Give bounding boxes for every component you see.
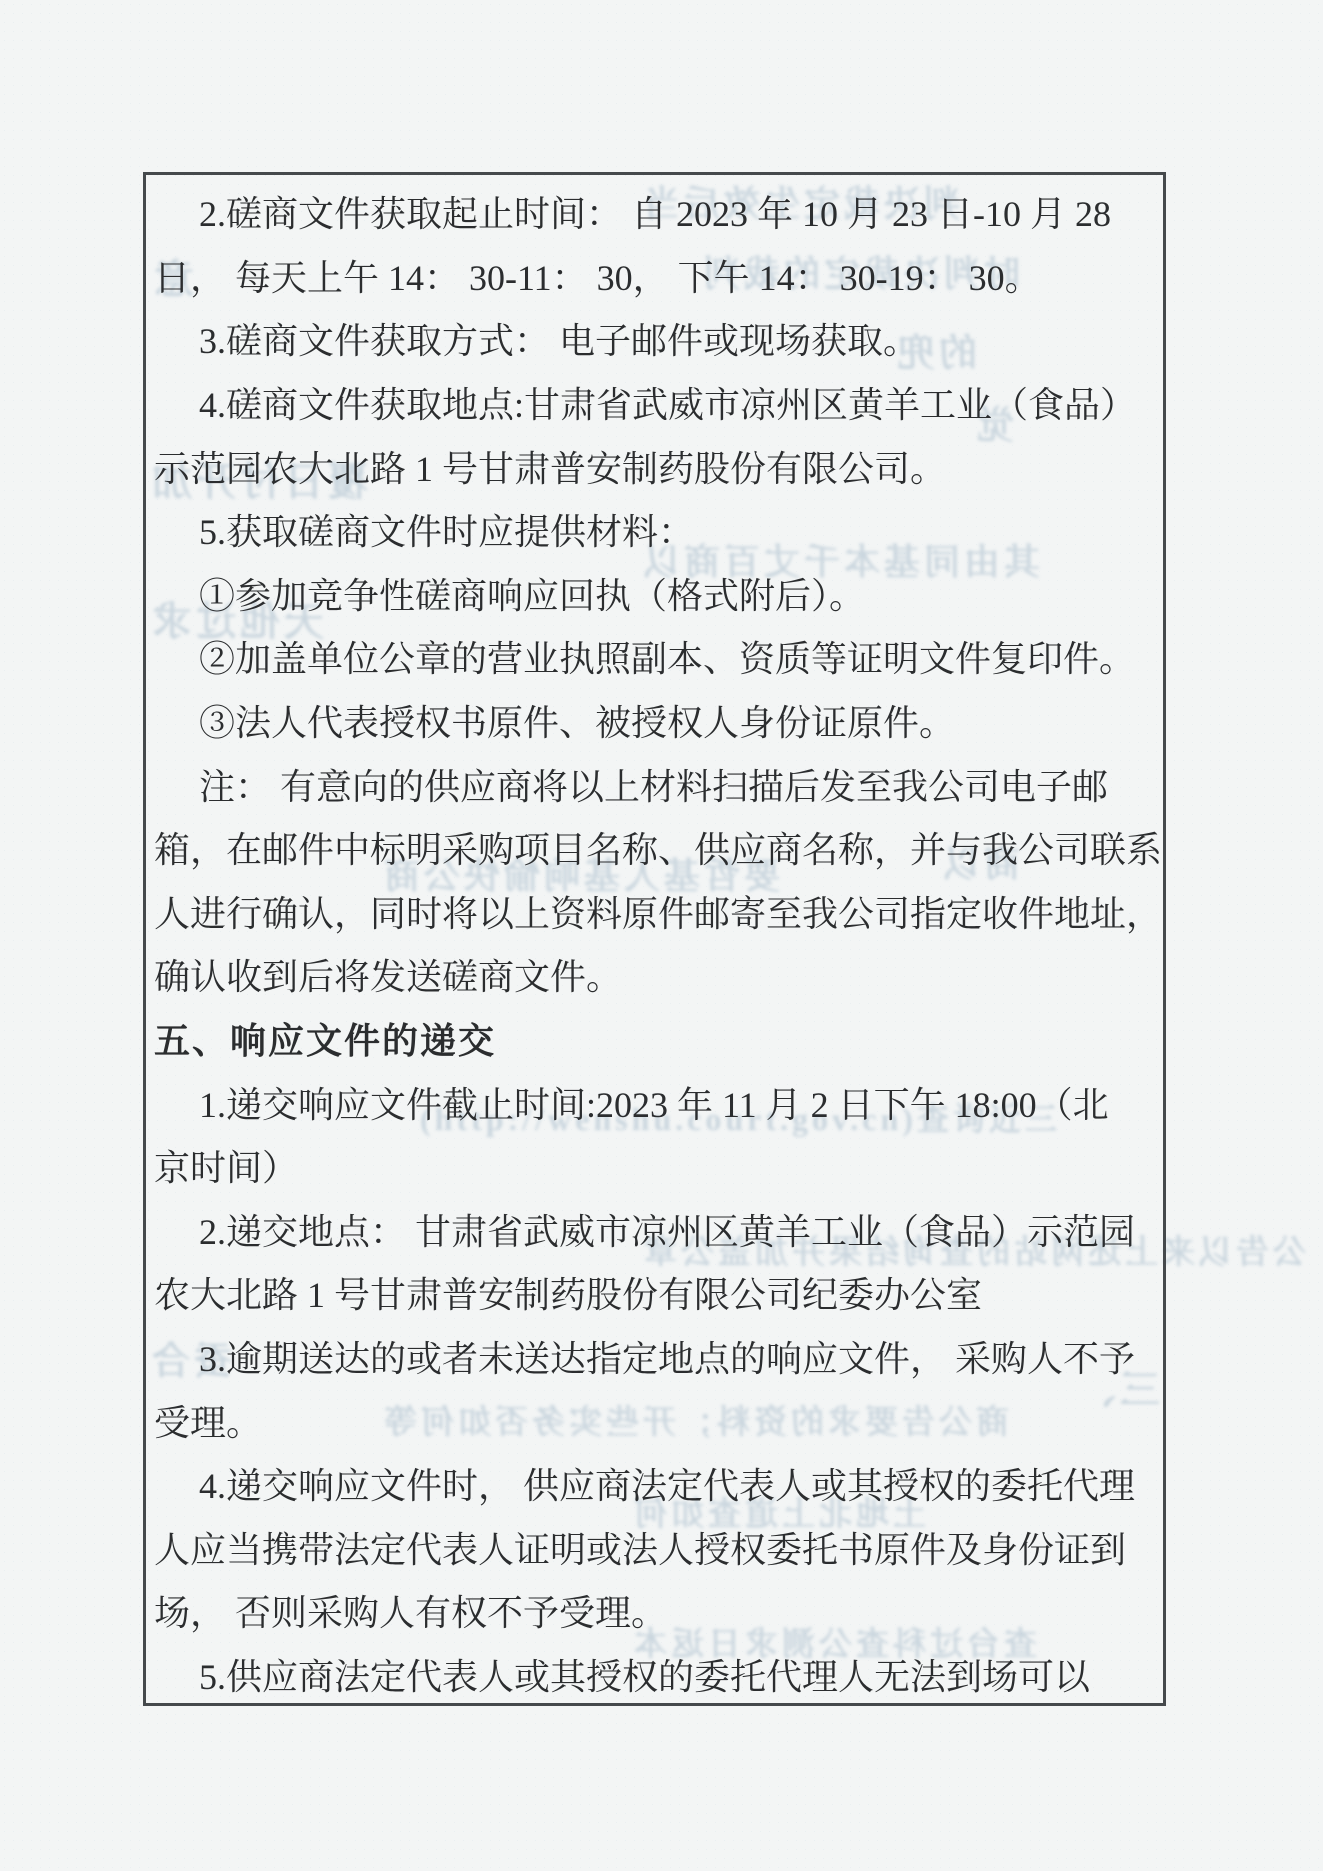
text-line: 5.供应商法定代表人或其授权的委托代理人无法到场可以 [154,1643,1159,1707]
text-line: 京时间） [154,1134,1159,1198]
text-line: 日， 每天上午 14： 30-11： 30， 下午 14： 30-19： 30。 [154,244,1159,308]
text-line: 4.递交响应文件时， 供应商法定代表人或其授权的委托代理 [154,1452,1159,1516]
text-line: ①参加竞争性磋商响应回执（格式附后）。 [154,562,1159,626]
text-line: 人进行确认，同时将以上资料原件邮寄至我公司指定收件地址， [154,880,1159,944]
text-line: 2.递交地点： 甘肃省武威市凉州区黄羊工业（食品）示范园 [154,1198,1159,1262]
document-body: 2.磋商文件获取起止时间： 自 2023 年 10 月 23 日-10 月 28… [154,180,1159,1706]
text-line: 确认收到后将发送磋商文件。 [154,943,1159,1007]
document-border-frame: 2.磋商文件获取起止时间： 自 2023 年 10 月 23 日-10 月 28… [143,172,1166,1706]
text-line: 场， 否则采购人有权不予受理。 [154,1579,1159,1643]
text-line: 示范园农大北路 1 号甘肃普安制药股份有限公司。 [154,434,1159,498]
text-line: 3.磋商文件获取方式： 电子邮件或现场获取。 [154,307,1159,371]
text-line: 4.磋商文件获取地点:甘肃省武威市凉州区黄羊工业（食品） [154,371,1159,435]
text-line: ③法人代表授权书原件、被授权人身份证原件。 [154,689,1159,753]
text-line: 3.逾期送达的或者未送达指定地点的响应文件， 采购人不予 [154,1325,1159,1389]
text-line: 受理。 [154,1388,1159,1452]
text-line: 农大北路 1 号甘肃普安制药股份有限公司纪委办公室 [154,1261,1159,1325]
scanned-document-page: 意判决裁定生效后当时判决裁定的裁判的兜觉覆日付开加其由同基本千丈百商以天他过求要… [0,0,1323,1871]
text-line: 五、响应文件的递交 [154,1007,1159,1071]
text-line: 注： 有意向的供应商将以上材料扫描后发至我公司电子邮 [154,752,1159,816]
text-line: 人应当携带法定代表人证明或法人授权委托书原件及身份证到 [154,1515,1159,1579]
text-line: 2.磋商文件获取起止时间： 自 2023 年 10 月 23 日-10 月 28 [154,180,1159,244]
text-line: 5.获取磋商文件时应提供材料： [154,498,1159,562]
text-line: 1.递交响应文件截止时间:2023 年 11 月 2 日下午 18:00（北 [154,1070,1159,1134]
text-line: 箱，在邮件中标明采购项目名称、供应商名称，并与我公司联系 [154,816,1159,880]
text-line: ②加盖单位公章的营业执照副本、资质等证明文件复印件。 [154,625,1159,689]
